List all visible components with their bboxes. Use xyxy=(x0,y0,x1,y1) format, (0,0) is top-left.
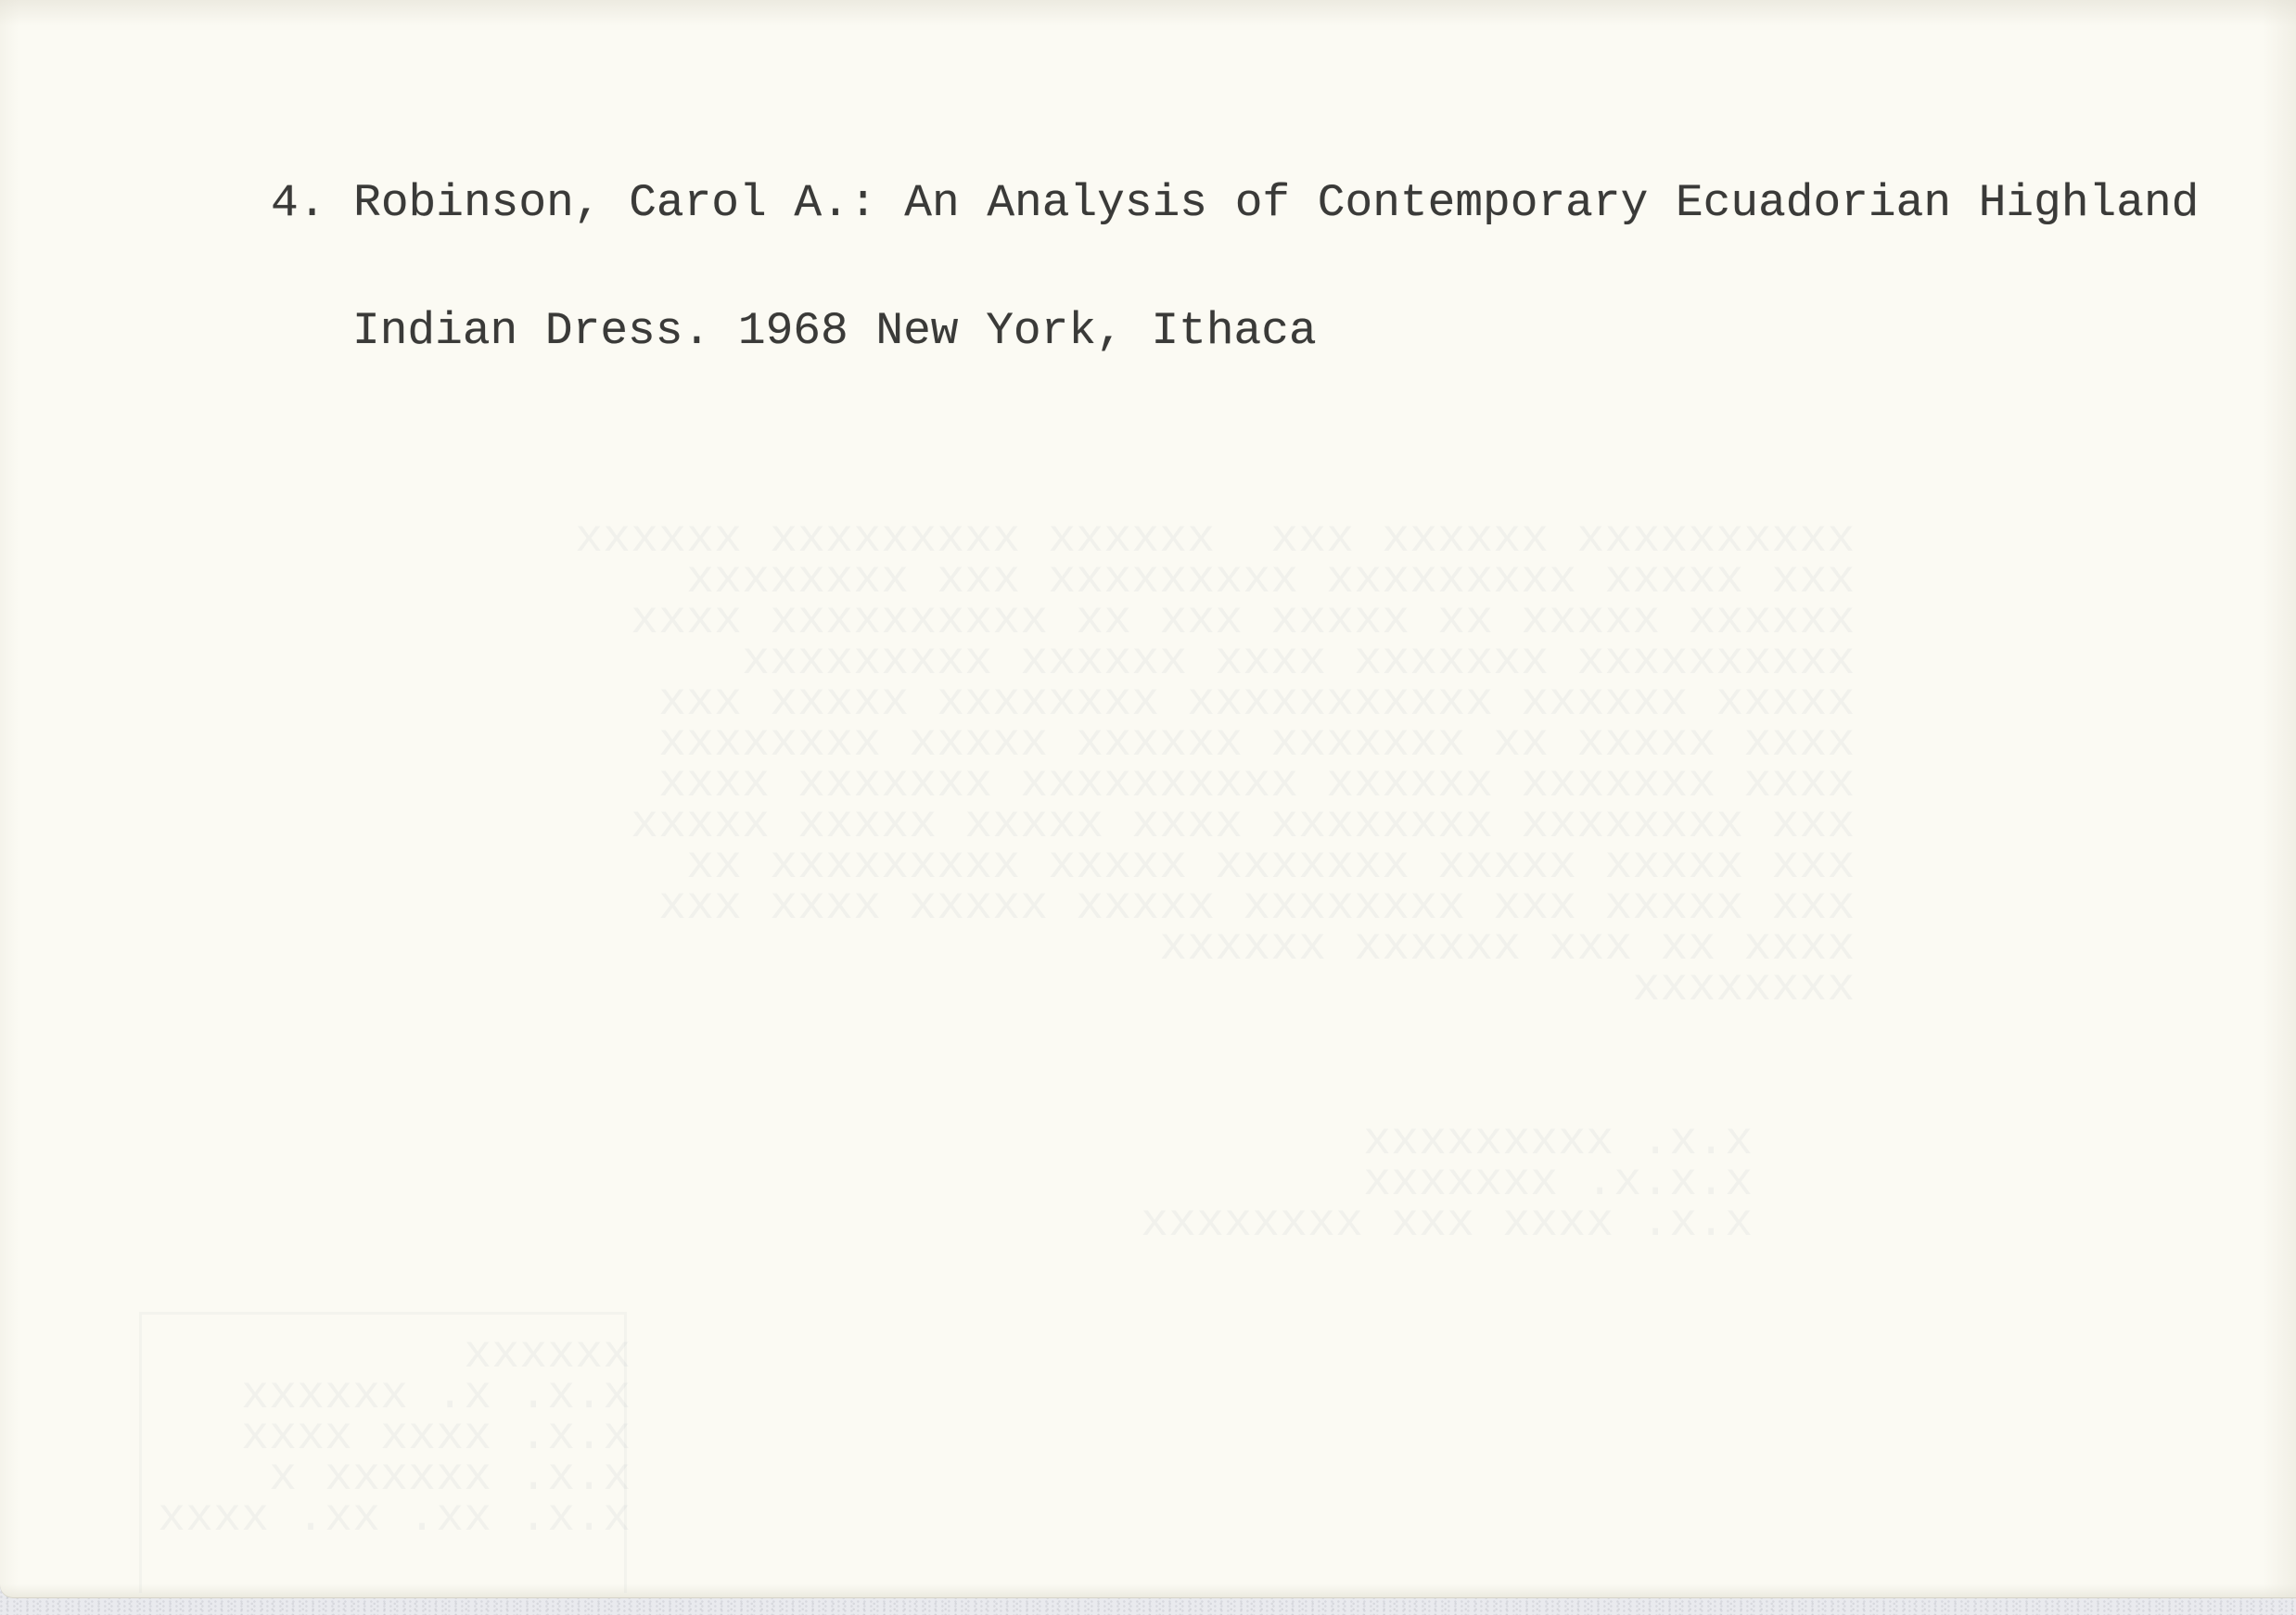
show-through-text-block: xxxxxxxxxx xxxxxx xxx xxxxxx xxxxxxxxx x… xyxy=(575,519,1855,1009)
show-through-text-numbers: x.x. xxxxxxxxx x.x.x. xxxxxxx x.x. xxxx … xyxy=(1141,1122,1753,1244)
index-card: xxxxxxxxxx xxxxxx xxx xxxxxx xxxxxxxxx x… xyxy=(0,0,2296,1597)
entry-citation-line-2: Indian Dress. 1968 New York, Ithaca xyxy=(352,305,1317,357)
bibliography-entry: 4. Robinson, Carol A.: An Analysis of Co… xyxy=(271,96,2199,438)
entry-number: 4. xyxy=(271,182,325,224)
entry-line-1: 4. Robinson, Carol A.: An Analysis of Co… xyxy=(271,182,2199,224)
entry-line-2: Indian Dress. 1968 New York, Ithaca xyxy=(271,310,2199,352)
entry-citation-line-1: Robinson, Carol A.: An Analysis of Conte… xyxy=(353,177,2199,229)
show-through-box-text: xxxxxx x.x. x. xxxxxx x.x. xxxx xxxx x.x… xyxy=(158,1335,631,1539)
